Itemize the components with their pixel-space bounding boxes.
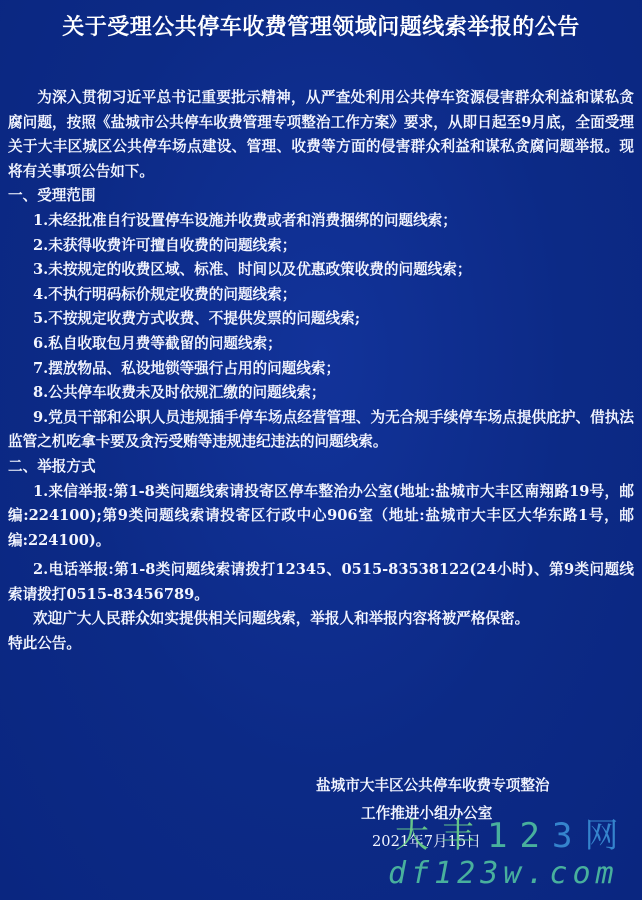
end-note: 特此公告。	[8, 632, 634, 657]
signature-date: 2021年7月15日	[372, 829, 481, 855]
announcement-body: 为深入贯彻习近平总书记重要批示精神，从严查处利用公共停车资源侵害群众利益和谋私贪…	[8, 86, 634, 657]
signature-org-line2: 工作推进小组办公室	[361, 801, 492, 827]
watermark-char: 3	[552, 816, 584, 856]
section-heading-methods: 二、举报方式	[8, 455, 634, 480]
method-item-phone: 2.电话举报:第1-8类问题线索请拨打12345、0515-83538122(2…	[8, 558, 634, 607]
scope-item-7: 7.摆放物品、私设地锁等强行占用的问题线索；	[8, 357, 634, 382]
scope-item-2: 2.未获得收费许可擅自收费的问题线索；	[8, 234, 634, 259]
method-item-mail: 1.来信举报:第1-8类问题线索请投寄区停车整治办公室(地址:盐城市大丰区南翔路…	[8, 480, 634, 554]
watermark-url: df123w.com	[388, 856, 619, 891]
scope-item-5: 5.不按规定收费方式收费、不提供发票的问题线索;	[8, 307, 634, 332]
announcement-page: 关于受理公共停车收费管理领域问题线索举报的公告 为深入贯彻习近平总书记重要批示精…	[0, 0, 642, 900]
intro-paragraph: 为深入贯彻习近平总书记重要批示精神，从严查处利用公共停车资源侵害群众利益和谋私贪…	[8, 86, 634, 184]
section-heading-scope: 一、受理范围	[8, 184, 634, 209]
scope-item-4: 4.不执行明码标价规定收费的问题线索；	[8, 283, 634, 308]
watermark-line2: df123w.com	[388, 856, 619, 892]
scope-item-3: 3.未按规定的收费区域、标准、时间以及优惠政策收费的问题线索；	[8, 258, 634, 283]
watermark-char: 网	[584, 816, 630, 856]
scope-item-8: 8.公共停车收费未及时依规汇缴的问题线索；	[8, 381, 634, 406]
page-title: 关于受理公共停车收费管理领域问题线索举报的公告	[0, 10, 642, 44]
scope-item-1: 1.未经批准自行设置停车设施并收费或者和消费捆绑的问题线索；	[8, 209, 634, 234]
signature-org-line1: 盐城市大丰区公共停车收费专项整治	[316, 773, 550, 799]
scope-item-9: 9.党员干部和公职人员违规插手停车场点经营管理、为无合规手续停车场点提供庇护、借…	[8, 406, 634, 455]
scope-item-6: 6.私自收取包月费等截留的问题线索；	[8, 332, 634, 357]
closing-paragraph: 欢迎广大人民群众如实提供相关问题线索，举报人和举报内容将被严格保密。	[8, 607, 634, 632]
watermark-char: 2	[519, 816, 551, 856]
